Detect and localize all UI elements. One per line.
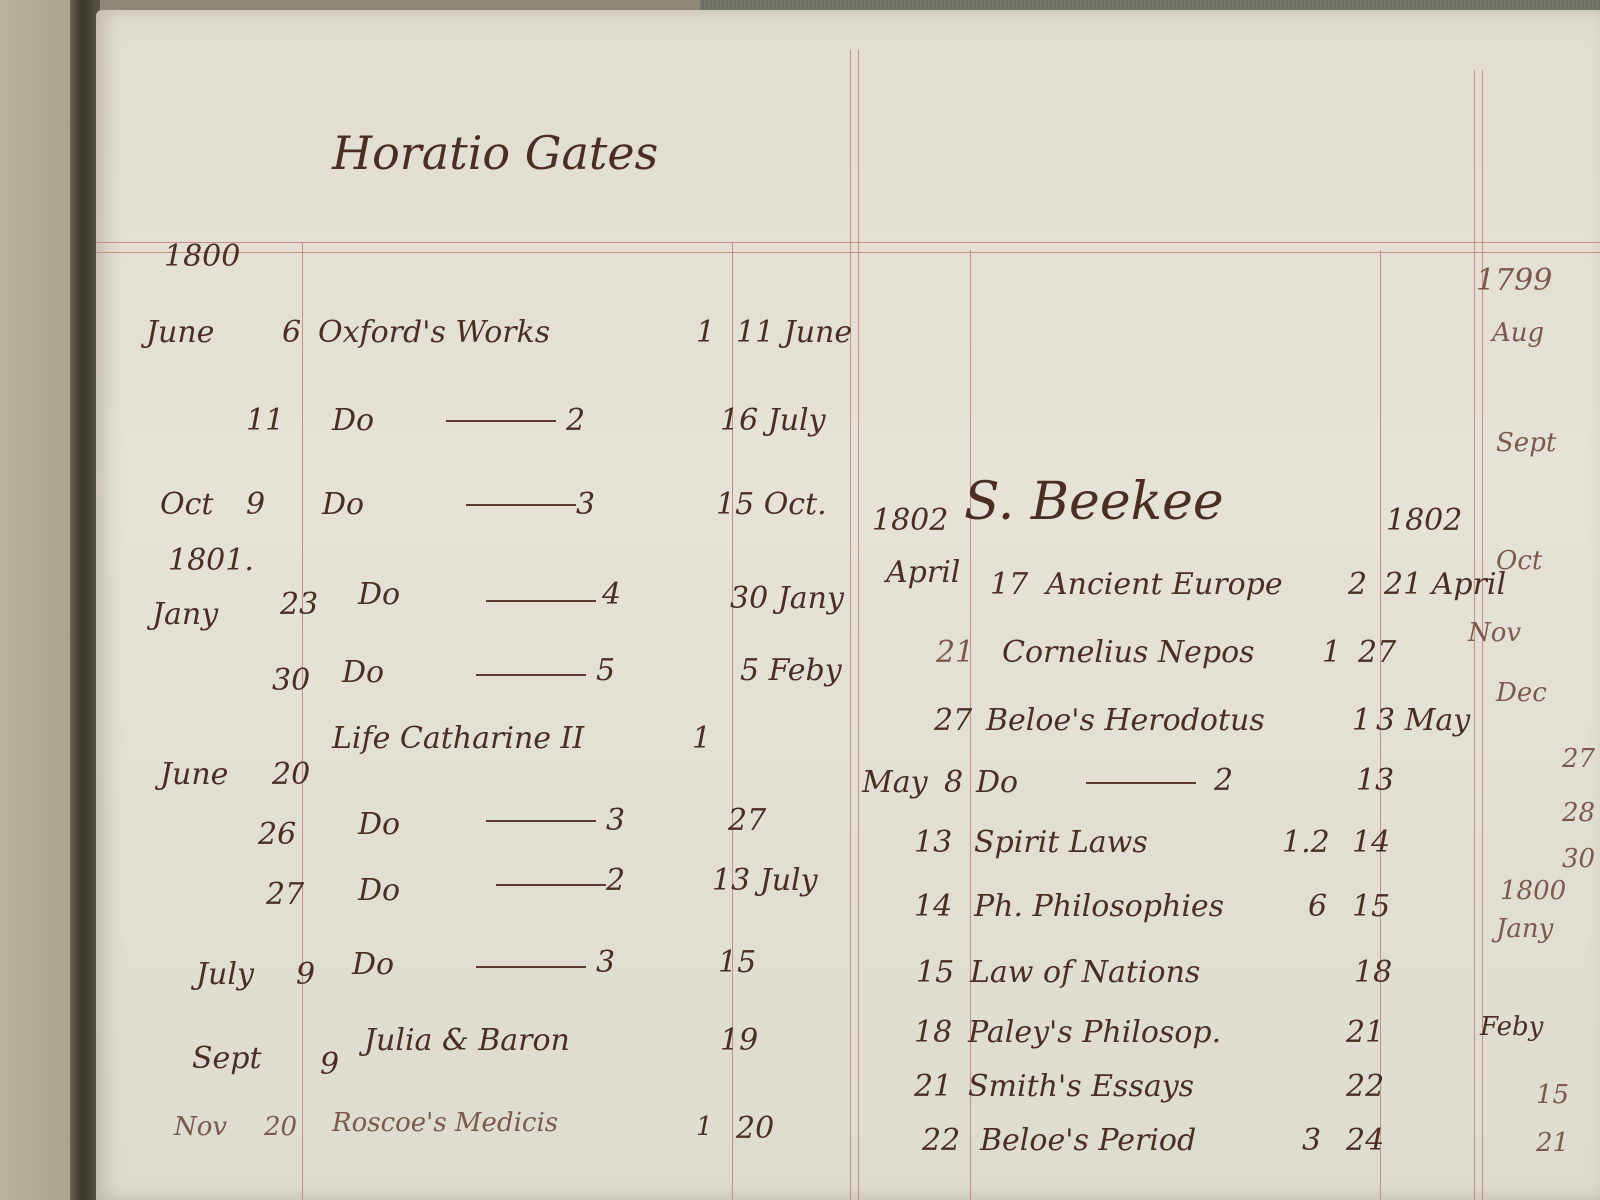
far-right-day-21: 21: [1536, 1130, 1569, 1156]
ditto-dash: [476, 966, 586, 968]
right-entry-10-returned: 24: [1346, 1126, 1384, 1156]
right-entry-5-volume: 1.2: [1282, 828, 1330, 858]
left-entry-10-returned: 19: [720, 1026, 758, 1056]
left-entry-8-day: 27: [266, 880, 304, 910]
right-entry-10-title: Beloe's Period: [980, 1126, 1196, 1156]
right-entry-10-day: 22: [922, 1126, 960, 1156]
year-right: 1802: [872, 506, 948, 536]
ditto-dash: [486, 820, 596, 822]
far-right-month-dec: Dec: [1496, 680, 1547, 706]
left-entry-6-volume: 1: [692, 724, 711, 754]
left-entry-2-title: Do: [332, 406, 374, 436]
left-entry-7-title: Do: [358, 810, 400, 840]
left-entry-7-day: 26: [258, 820, 296, 850]
right-entry-7-returned: 18: [1354, 958, 1392, 988]
right-entry-9-title: Smith's Essays: [968, 1072, 1194, 1102]
far-right-month-nov: Nov: [1468, 620, 1521, 646]
year-left: 1800: [164, 242, 240, 272]
left-entry-3-day: 9: [246, 490, 265, 520]
header-rule-2: [96, 252, 1600, 253]
left-entry-8-returned: 13 July: [712, 866, 818, 896]
left-entry-1-month: June: [146, 318, 214, 348]
right-entry-5-title: Spirit Laws: [974, 828, 1148, 858]
left-entry-4-volume: 4: [602, 580, 621, 610]
left-entry-3-title: Do: [322, 490, 364, 520]
left-entry-11-returned: 20: [736, 1114, 774, 1144]
ditto-dash: [1086, 782, 1196, 784]
far-right-month-feby: Feby: [1480, 1014, 1543, 1040]
right-entry-8-title: Paley's Philosop.: [968, 1018, 1221, 1048]
left-entry-4-returned: 30 Jany: [730, 584, 844, 614]
left-entry-8-volume: 2: [606, 866, 625, 896]
right-entry-1-volume: 2: [1348, 570, 1367, 600]
left-entry-4-day: 23: [280, 590, 318, 620]
right-entry-5-returned: 14: [1352, 828, 1390, 858]
left-entry-11-volume: 1: [696, 1114, 713, 1140]
right-entry-6-day: 14: [914, 892, 952, 922]
right-entry-4-returned: 13: [1356, 766, 1394, 796]
left-entry-10-day: 9: [320, 1050, 339, 1080]
right-entry-7-title: Law of Nations: [970, 958, 1200, 988]
far-right-month-sept: Sept: [1496, 430, 1556, 456]
left-entry-1-day: 6: [282, 318, 301, 348]
far-right-day-27: 27: [1562, 746, 1595, 772]
right-entry-1-returned: 21 April: [1384, 570, 1506, 600]
right-entry-8-returned: 21: [1346, 1018, 1384, 1048]
left-entry-6-day: 20: [272, 760, 310, 790]
right-entry-5-day: 13: [914, 828, 952, 858]
ditto-dash: [486, 600, 596, 602]
left-entry-11-day: 20: [264, 1114, 297, 1140]
left-entry-9-volume: 3: [596, 948, 615, 978]
left-entry-3-month: Oct: [160, 490, 213, 520]
right-entry-7-day: 15: [916, 958, 954, 988]
far-right-month-jany: Jany: [1496, 916, 1553, 942]
account-name-left: Horatio Gates: [332, 130, 658, 176]
left-entry-4-title: Do: [358, 580, 400, 610]
right-entry-10-volume: 3: [1302, 1126, 1321, 1156]
right-entry-3-returned: 3 May: [1376, 706, 1470, 736]
right-entry-2-returned: 27: [1358, 638, 1396, 668]
column-rule-mid-2: [858, 50, 859, 1200]
left-entry-11-title: Roscoe's Medicis: [332, 1110, 558, 1136]
right-entry-2-title: Cornelius Nepos: [1002, 638, 1255, 668]
left-entry-5-day: 30: [272, 666, 310, 696]
left-entry-8-title: Do: [358, 876, 400, 906]
ditto-dash: [446, 420, 556, 422]
far-right-day-28: 28: [1562, 800, 1595, 826]
far-right-year: 1799: [1476, 266, 1552, 296]
left-entry-2-returned: 16 July: [720, 406, 826, 436]
right-entry-4-title: Do: [976, 768, 1018, 798]
left-entry-9-returned: 15: [718, 948, 756, 978]
right-entry-2-volume: 1: [1322, 638, 1341, 668]
left-entry-9-month: July: [196, 960, 254, 990]
left-entry-5-title: Do: [342, 658, 384, 688]
right-entry-1-day: 17: [990, 570, 1028, 600]
header-rule: [96, 242, 1600, 243]
far-right-month-oct: Oct: [1496, 548, 1542, 574]
right-entry-4-month: May: [862, 768, 928, 798]
right-entry-6-title: Ph. Philosophies: [974, 892, 1224, 922]
left-entry-7-returned: 27: [728, 806, 766, 836]
left-entry-2-volume: 2: [566, 406, 585, 436]
left-entry-6-month: June: [160, 760, 228, 790]
left-entry-5-volume: 5: [596, 656, 615, 686]
ditto-dash: [476, 674, 586, 676]
left-entry-9-day: 9: [296, 960, 315, 990]
right-entry-8-day: 18: [914, 1018, 952, 1048]
right-entry-6-returned: 15: [1352, 892, 1390, 922]
right-entry-4-volume: 2: [1214, 766, 1233, 796]
account-name-right: S. Beekee: [964, 476, 1224, 528]
left-entry-10-month: Sept: [192, 1044, 262, 1074]
right-entry-6-volume: 6: [1308, 892, 1327, 922]
ditto-dash: [496, 884, 606, 886]
right-entry-1-month: April: [886, 558, 960, 588]
right-entry-3-volume: 1: [1352, 706, 1371, 736]
year-right-returned: 1802: [1386, 506, 1462, 536]
column-rule-date: [302, 242, 303, 1200]
right-entry-2-day: 21: [936, 638, 974, 668]
far-right-year-1800: 1800: [1500, 878, 1566, 904]
left-entry-11-month: Nov: [174, 1114, 227, 1140]
left-entry-9-title: Do: [352, 950, 394, 980]
facing-page-edge: [0, 0, 78, 1200]
left-year-1801: 1801.: [168, 546, 254, 576]
right-entry-3-title: Beloe's Herodotus: [986, 706, 1265, 736]
left-entry-3-volume: 3: [576, 490, 595, 520]
right-entry-9-day: 21: [914, 1072, 952, 1102]
far-right-month-aug: Aug: [1492, 320, 1544, 346]
right-entry-9-returned: 22: [1346, 1072, 1384, 1102]
left-entry-3-returned: 15 Oct.: [716, 490, 827, 520]
left-entry-7-volume: 3: [606, 806, 625, 836]
left-entry-4-month: Jany: [152, 600, 218, 630]
left-entry-5-returned: 5 Feby: [740, 656, 842, 686]
left-entry-6-title: Life Catharine II: [332, 724, 584, 754]
right-entry-1-title: Ancient Europe: [1046, 570, 1283, 600]
far-right-day-30: 30: [1562, 846, 1595, 872]
left-entry-1-volume: 1: [696, 318, 715, 348]
left-entry-1-returned: 11 June: [736, 318, 852, 348]
far-right-day-15: 15: [1536, 1082, 1569, 1108]
column-rule-mid-1: [850, 50, 851, 1200]
right-entry-4-day: 8: [944, 768, 963, 798]
right-entry-3-day: 27: [934, 706, 972, 736]
left-entry-2-day: 11: [246, 406, 284, 436]
left-entry-1-title: Oxford's Works: [318, 318, 550, 348]
left-entry-10-title: Julia & Baron: [364, 1026, 570, 1056]
ledger-page: Horatio Gates 1800 June 6 Oxford's Works…: [96, 10, 1600, 1200]
ditto-dash: [466, 504, 576, 506]
